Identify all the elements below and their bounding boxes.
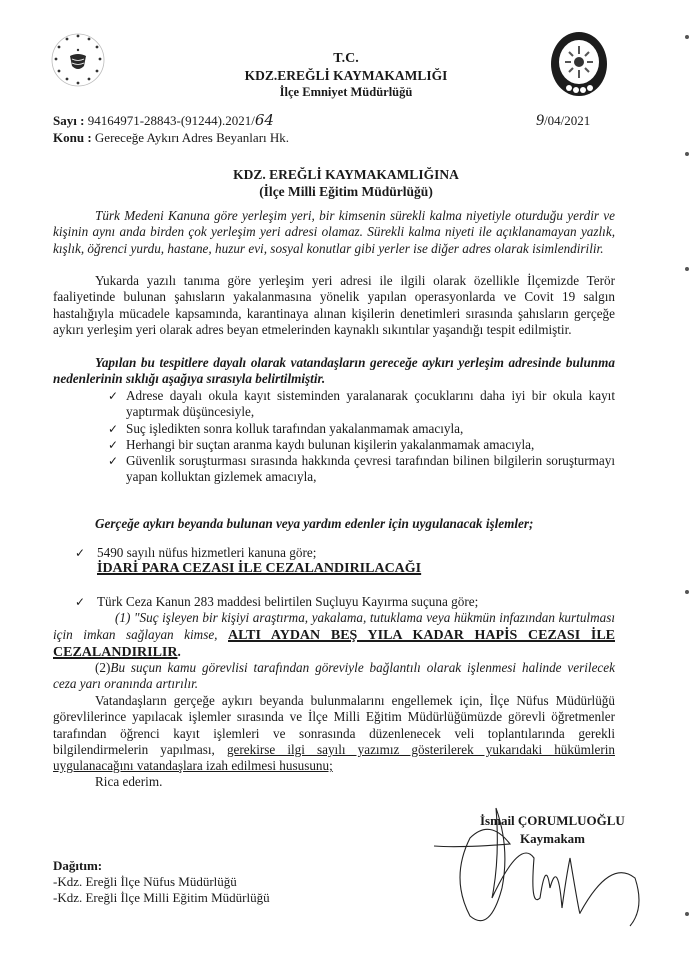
police-emblem-icon	[547, 30, 611, 102]
administrative-fine-notice: İDARİ PARA CEZASI İLE CEZALANDIRILACAĞI	[75, 561, 421, 577]
paragraph-findings: Yukarda yazılı tanıma göre yerleşim yeri…	[53, 273, 615, 338]
list-item: ✓Güvenlik soruşturması sırasında hakkınd…	[108, 453, 615, 486]
reference-number: Sayı : 94164971-28843-(91244).2021/64	[53, 112, 289, 129]
scan-artifact-dot	[685, 912, 689, 916]
recipient-block: KDZ. EREĞLİ KAYMAKAMLIĞINA (İlçe Milli E…	[0, 166, 692, 200]
check-icon: ✓	[75, 594, 97, 610]
measure-2-clause-2: (2)Bu suçun kamu görevlisi tarafından gö…	[53, 660, 615, 693]
scan-artifact-dot	[685, 35, 689, 39]
check-icon: ✓	[108, 453, 126, 486]
check-icon: ✓	[108, 388, 126, 421]
distribution-label: Dağıtım:	[53, 858, 102, 873]
document-date: 9/04/2021	[536, 112, 590, 130]
measures-heading: Gerçeğe aykırı beyanda bulunan veya yard…	[53, 516, 615, 532]
measure-1: ✓ 5490 sayılı nüfus hizmetleri kanuna gö…	[75, 545, 421, 577]
check-icon: ✓	[75, 545, 97, 561]
paragraph-definition: Türk Medeni Kanuna göre yerleşim yeri, b…	[53, 208, 615, 257]
subject-line: Konu : Gereceğe Aykırı Adres Beyanları H…	[53, 129, 289, 146]
list-item: ✓Suç işledikten sonra kolluk tarafından …	[108, 421, 615, 437]
check-icon: ✓	[108, 437, 126, 453]
distribution-item: -Kdz. Ereğli İlçe Milli Eğitim Müdürlüğü	[53, 890, 270, 906]
reasons-list: ✓Adrese dayalı okula kayıt sisteminden y…	[108, 388, 615, 486]
list-item: ✓Adrese dayalı okula kayıt sisteminden y…	[108, 388, 615, 421]
scan-artifact-dot	[685, 267, 689, 271]
handwritten-number: 64	[255, 111, 274, 129]
scan-artifact-dot	[685, 152, 689, 156]
distribution-block: Dağıtım: -Kdz. Ereğli İlçe Nüfus Müdürlü…	[53, 858, 270, 906]
reference-block: Sayı : 94164971-28843-(91244).2021/64 Ko…	[53, 112, 289, 146]
check-icon: ✓	[108, 421, 126, 437]
list-item: ✓Herhangi bir suçtan aranma kaydı buluna…	[108, 437, 615, 453]
measure-2: ✓ Türk Ceza Kanun 283 maddesi belirtilen…	[75, 594, 478, 610]
measure-2-clause-1: (1) "Suç işleyen bir kişiyi araştırma, y…	[53, 610, 615, 662]
paragraph-reasons-intro: Yapılan bu tespitlere dayalı olarak vata…	[53, 355, 615, 388]
paragraph-request: Vatandaşların gerçeğe aykırı beyanda bul…	[53, 693, 615, 774]
signatory-block: İsmail ÇORUMLUOĞLU Kaymakam	[480, 812, 625, 848]
scan-artifact-dot	[685, 590, 689, 594]
distribution-item: -Kdz. Ereğli İlçe Nüfus Müdürlüğü	[53, 874, 270, 890]
signatory-name: İsmail ÇORUMLUOĞLU	[480, 812, 625, 830]
handwritten-day: 9	[536, 112, 544, 129]
signatory-title: Kaymakam	[480, 830, 625, 848]
closing-line: Rica ederim.	[53, 774, 615, 790]
